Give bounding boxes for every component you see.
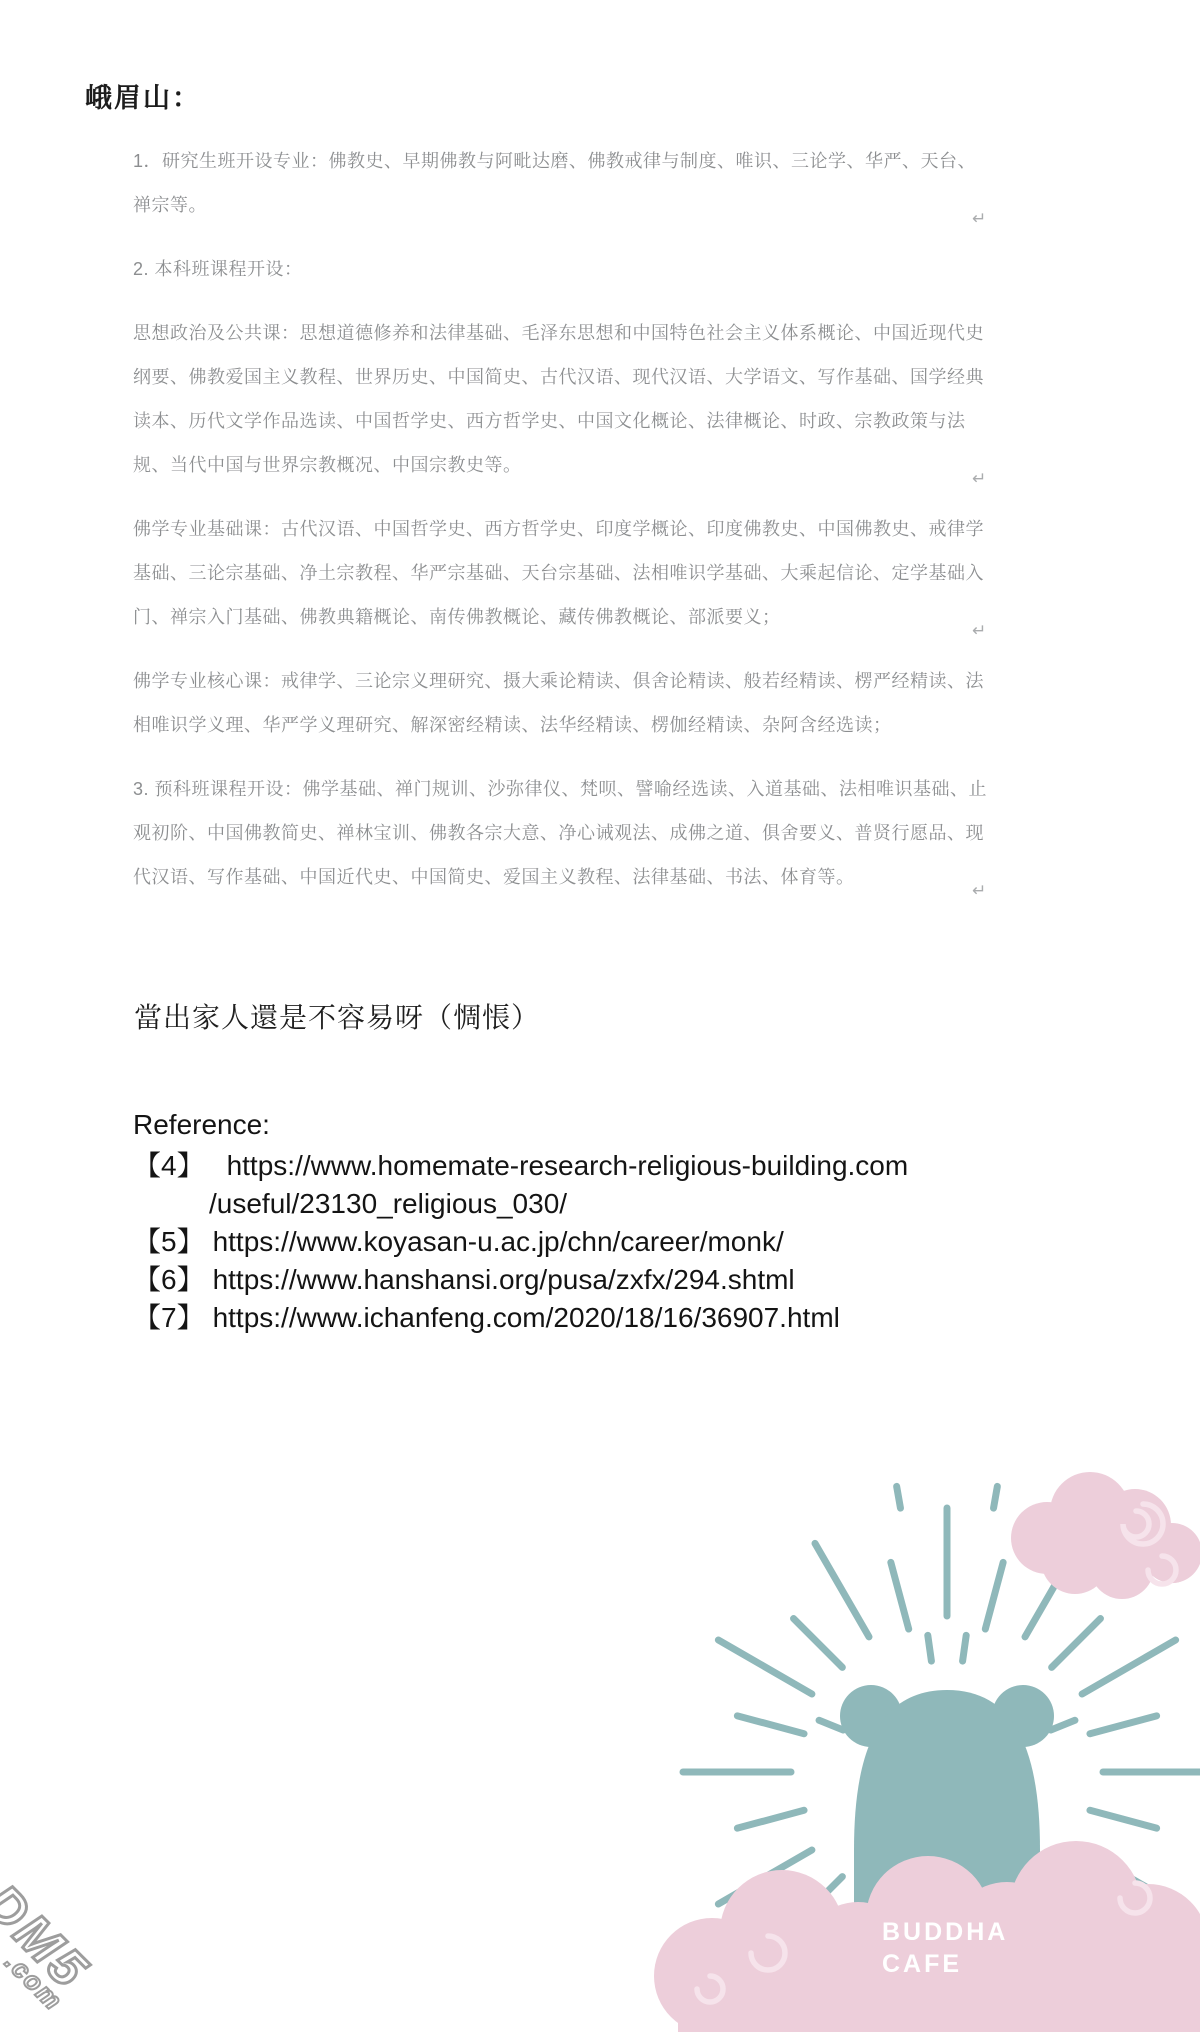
reference-item: 【4】https://www.homemate-research-religio… <box>133 1147 908 1185</box>
paragraph-undergrad-heading: 2. 本科班课程开设： <box>133 247 993 291</box>
references-heading: Reference: <box>133 1106 908 1144</box>
reference-label: 【7】 <box>133 1302 205 1333</box>
return-mark-icon: ↵ <box>972 609 1002 653</box>
reference-label: 【6】 <box>133 1264 205 1295</box>
reference-item: 【5】https://www.koyasan-u.ac.jp/chn/caree… <box>133 1223 908 1261</box>
return-mark-icon: ↵ <box>972 457 1002 501</box>
return-mark-icon: ↵ <box>972 869 1002 913</box>
page: 峨眉山： 1．研究生班开设专业：佛教史、早期佛教与阿毗达磨、佛教戒律与制度、唯识… <box>0 0 1200 2032</box>
reference-url-continuation: /useful/23130_religious_030/ <box>133 1185 908 1223</box>
reference-item: 【6】https://www.hanshansi.org/pusa/zxfx/2… <box>133 1261 908 1299</box>
references: Reference: 【4】https://www.homemate-resea… <box>133 1106 908 1337</box>
return-mark-icon: ↵ <box>972 197 1002 241</box>
page-title: 峨眉山： <box>85 76 201 115</box>
buddha-cafe-label-line1: BUDDHA <box>882 1918 1008 1946</box>
reference-label: 【4】 <box>133 1150 205 1181</box>
buddha-cafe-artwork: BUDDHA CAFE <box>560 1420 1200 2032</box>
buddha-cafe-label-line2: CAFE <box>882 1950 962 1978</box>
reference-item: 【7】https://www.ichanfeng.com/2020/18/16/… <box>133 1299 908 1337</box>
paragraph-buddhist-core-courses: 佛学专业核心课：戒律学、三论宗义理研究、摄大乘论精读、俱舍论精读、般若经精读、楞… <box>133 659 993 747</box>
reference-label: 【5】 <box>133 1226 205 1257</box>
comment-text: 當出家人還是不容易呀（惆悵） <box>134 996 540 1036</box>
reference-url: https://www.koyasan-u.ac.jp/chn/career/m… <box>213 1226 784 1257</box>
reference-url: https://www.homemate-research-religious-… <box>227 1150 909 1181</box>
reference-url: https://www.hanshansi.org/pusa/zxfx/294.… <box>213 1264 795 1295</box>
paragraph-buddhist-basic-courses: 佛学专业基础课：古代汉语、中国哲学史、西方哲学史、印度学概论、印度佛教史、中国佛… <box>133 507 993 639</box>
paragraph-politics-public-courses: 思想政治及公共课：思想道德修养和法律基础、毛泽东思想和中国特色社会主义体系概论、… <box>133 311 993 487</box>
paragraph-prep-courses: 3. 预科班课程开设：佛学基础、禅门规训、沙弥律仪、梵呗、譬喻经选读、入道基础、… <box>133 767 993 899</box>
reference-url: https://www.ichanfeng.com/2020/18/16/369… <box>213 1302 840 1333</box>
paragraph-graduate-majors: 1．研究生班开设专业：佛教史、早期佛教与阿毗达磨、佛教戒律与制度、唯识、三论学、… <box>133 139 993 227</box>
course-document: 1．研究生班开设专业：佛教史、早期佛教与阿毗达磨、佛教戒律与制度、唯识、三论学、… <box>133 139 993 919</box>
dm5-watermark: DM5 .com <box>0 1876 100 2015</box>
